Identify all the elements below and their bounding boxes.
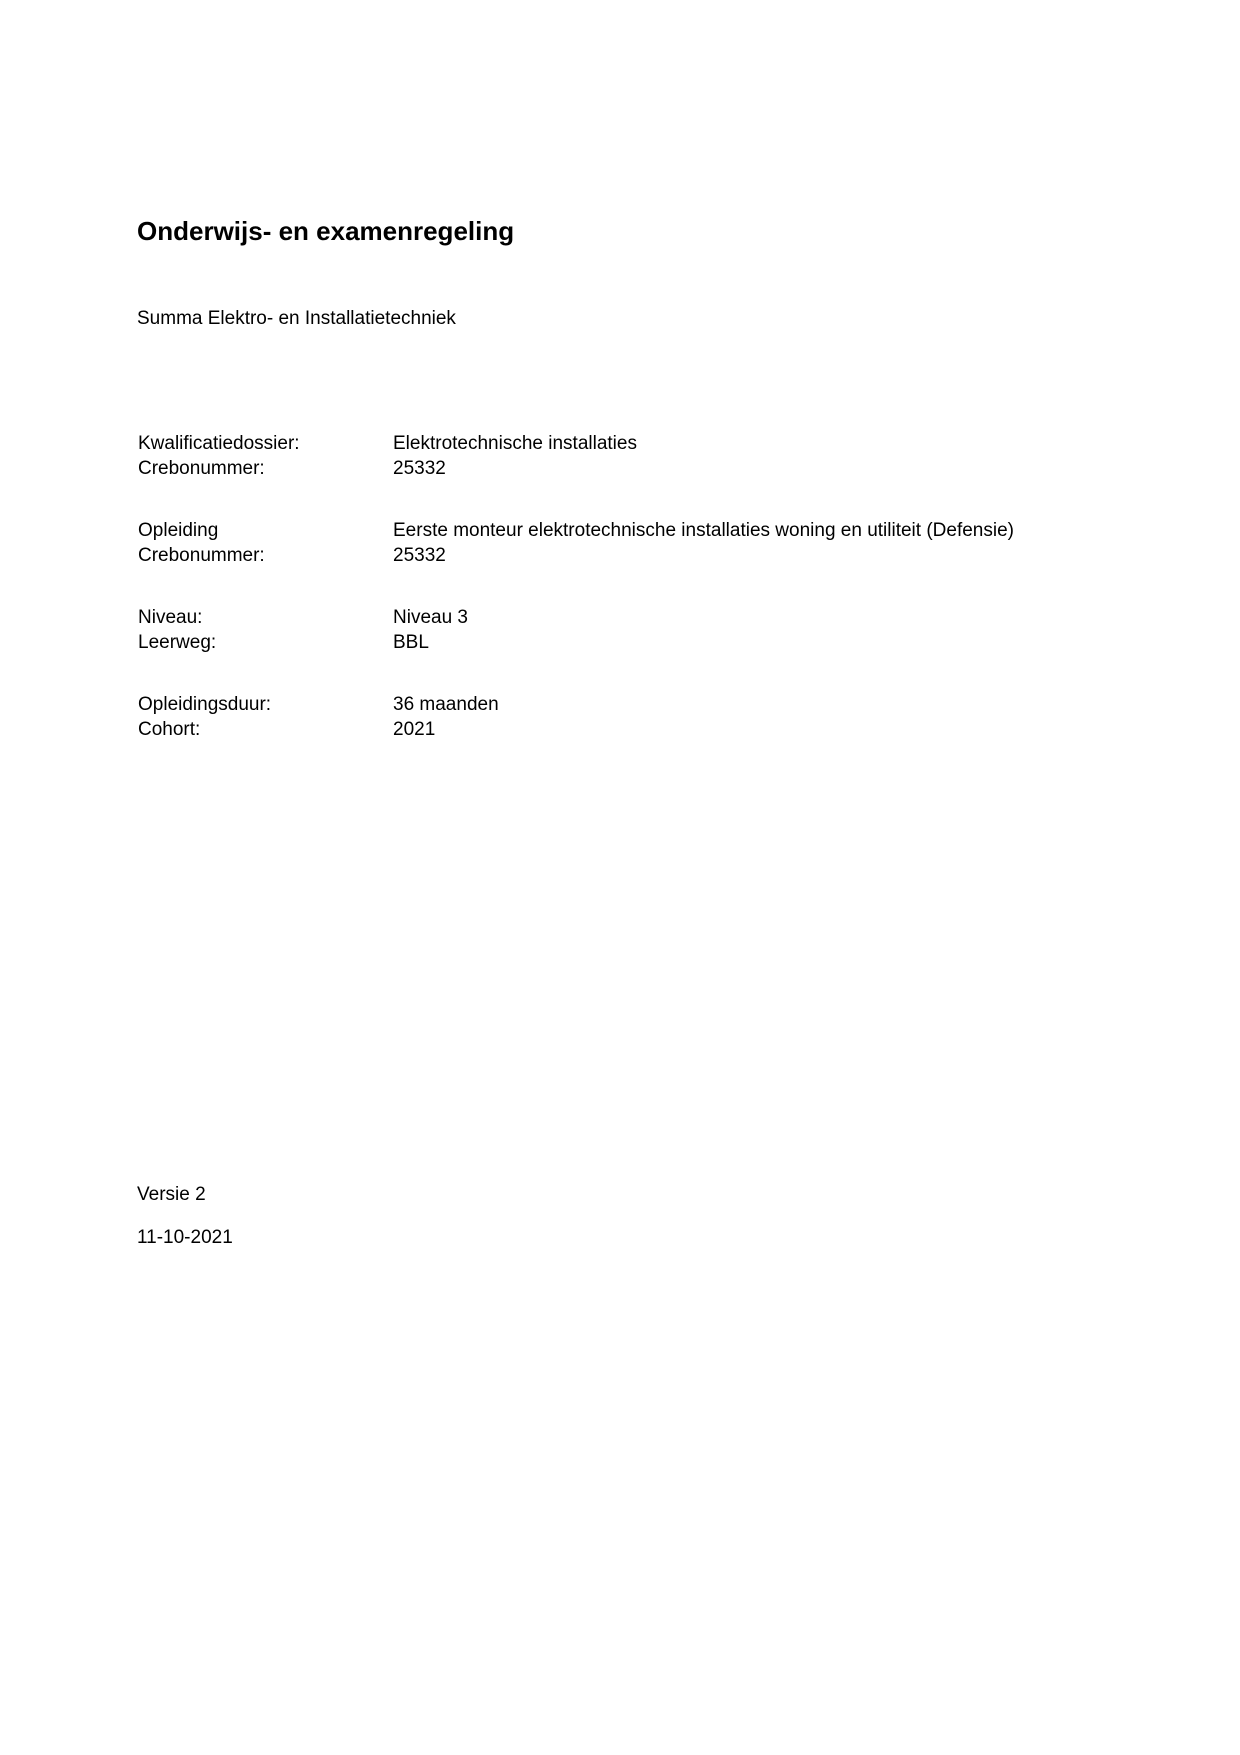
field-value-crebonummer-2: 25332 — [393, 545, 446, 567]
field-value-crebonummer-1: 25332 — [393, 458, 446, 480]
field-label-cohort: Cohort: — [138, 719, 200, 741]
document-subtitle: Summa Elektro- en Installatietechniek — [137, 308, 456, 330]
field-label-leerweg: Leerweg: — [138, 632, 216, 654]
field-label-crebonummer-1: Crebonummer: — [138, 458, 265, 480]
field-value-kwalificatiedossier: Elektrotechnische installaties — [393, 433, 637, 455]
field-label-opleidingsduur: Opleidingsduur: — [138, 694, 271, 716]
field-label-niveau: Niveau: — [138, 607, 202, 629]
field-value-cohort: 2021 — [393, 719, 435, 741]
document-title: Onderwijs- en examenregeling — [137, 216, 514, 247]
document-date: 11-10-2021 — [137, 1227, 233, 1249]
field-label-kwalificatiedossier: Kwalificatiedossier: — [138, 433, 300, 455]
field-label-crebonummer-2: Crebonummer: — [138, 545, 265, 567]
field-value-niveau: Niveau 3 — [393, 607, 468, 629]
document-version: Versie 2 — [137, 1184, 206, 1206]
field-value-opleiding: Eerste monteur elektrotechnische install… — [393, 520, 1014, 542]
field-label-opleiding: Opleiding — [138, 520, 218, 542]
field-value-opleidingsduur: 36 maanden — [393, 694, 499, 716]
field-value-leerweg: BBL — [393, 632, 429, 654]
